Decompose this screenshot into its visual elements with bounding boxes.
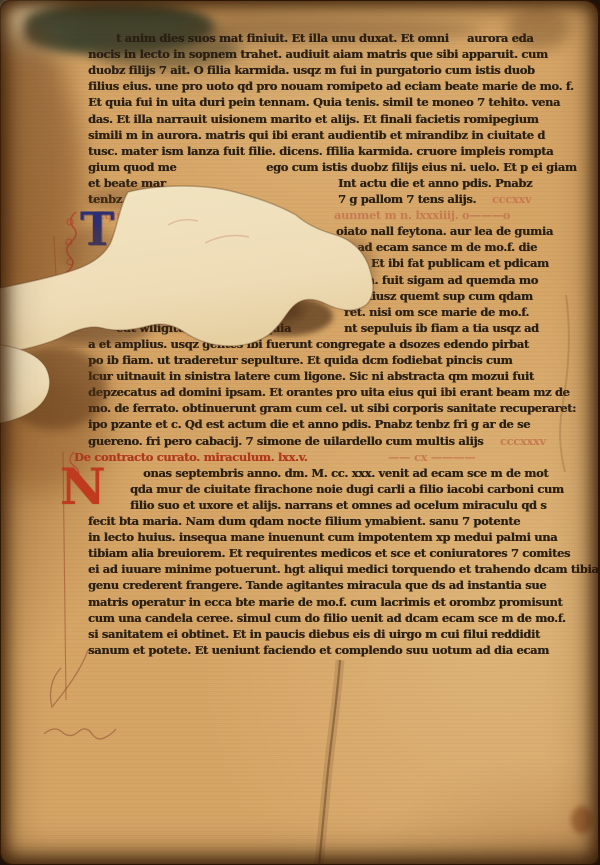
- illuminated-initial-red: N: [60, 462, 106, 512]
- text-line: a et amplius. usqz gentes ibi fuerunt co…: [88, 337, 593, 353]
- text-segment: gium quod me: [88, 160, 176, 174]
- text-line: qda mur de ciuitate firachone noie dugi …: [88, 482, 593, 498]
- text-line: lcur uitnauit in sinistra latere cum lig…: [88, 369, 593, 385]
- text-segment: Et quia fui in uita duri pein tennam. Qu…: [88, 95, 560, 109]
- text-line: xxx. Et ibi fat publicam et pdicam: [88, 256, 593, 272]
- text-line: ei ad iuuare minime potuerunt. hgt aliqu…: [88, 562, 593, 578]
- manuscript-photo: t anim dies suos mat finiuit. Et illa un…: [0, 0, 600, 865]
- text-segment: cccxxv: [492, 192, 531, 206]
- text-segment: souen. fuit sigam ad quemda mo: [338, 273, 538, 287]
- text-segment: simili m in aurora. matris qui ibi erant…: [88, 128, 545, 142]
- text-line: filius eius. une pro uoto qd pro nouam r…: [88, 79, 593, 95]
- text-segment: tusc. mater ism lanza fuit filie. dicens…: [88, 144, 553, 158]
- text-segment: si sanitatem ei obtinet. Et in paucis di…: [88, 627, 540, 641]
- text-segment: cccxxxv: [500, 434, 546, 448]
- text-line: onas septembris anno. dm. M. cc. xxx. ve…: [88, 466, 593, 482]
- text-segment: guereno. fri pero cabacij. 7 simone de u…: [88, 434, 483, 448]
- text-segment: Int actu die et anno pdis. Pnabz: [338, 176, 532, 190]
- text-segment: 7 g pallom 7 tens alijs.: [338, 192, 476, 206]
- text-segment: t anim dies suos mat finiuit. Et illa un…: [116, 31, 533, 45]
- text-line: tibiam alia breuiorem. Et requirentes me…: [88, 546, 593, 562]
- text-line: filio suo et uxore et alijs. narrans et …: [88, 498, 593, 514]
- text-segment: qda mur de ciuitate firachone noie dugi …: [130, 482, 564, 496]
- text-segment: cum una candela ceree. simul cum do fili…: [88, 611, 566, 625]
- text-line: matris operatur in ecca bte marie de mo.…: [88, 595, 593, 611]
- text-segment: ei ad iuuare minime potuerunt. hgt aliqu…: [88, 562, 599, 576]
- text-line: si sanitatem ei obtinet. Et in paucis di…: [88, 627, 593, 643]
- text-segment: ego cum istis duobz filijs eius ni. uelo…: [266, 160, 577, 174]
- text-segment: oiato nall feytona. aur lea de gumia: [336, 224, 553, 238]
- text-segment: lcur uitnauit in sinistra latere cum lig…: [88, 369, 534, 383]
- text-line: nocis in lecto in sopnem trahet. audiuit…: [88, 47, 593, 63]
- illuminated-initial-blue: T: [80, 206, 114, 252]
- text-segment: duobz filijs 7 ait. O filia karmida. usq…: [88, 63, 535, 77]
- text-segment: mouxiusz quemt sup cum qdam: [338, 289, 533, 303]
- text-line: genu crederent frangere. Tande agitantes…: [88, 578, 593, 594]
- text-segment: ret. nisi om sce marie de mo.f.: [344, 305, 529, 319]
- text-segment: filio suo et uxore et alijs. narrans et …: [130, 498, 546, 512]
- text-line: fecit bta maria. Nam dum qdam nocte fili…: [88, 514, 593, 530]
- text-segment: nt sepuluis ib fiam a tia usqz ad: [344, 321, 539, 335]
- text-segment: fecit bta maria. Nam dum qdam nocte fili…: [88, 514, 520, 528]
- text-line: De contracto curato. miraculum. lxx.v.——…: [88, 450, 593, 466]
- text-line: mo. de ferrato. obtinuerunt gram cum cel…: [88, 401, 593, 417]
- text-segment: das. Et illa narrauit uisionem marito et…: [88, 112, 538, 126]
- text-line: tenbz. fri7 g pallom 7 tens alijs.cccxxv: [88, 192, 593, 208]
- text-segment: xxx. Et ibi fat publicam et pdicam: [344, 256, 549, 270]
- text-segment: et beate mar: [88, 176, 166, 190]
- text-segment: De contracto curato. miraculum. lxx.v.: [74, 450, 307, 464]
- text-line: cut wlligitur ex sequito. quiant sepului…: [88, 321, 593, 337]
- text-line: Et quia fui in uita duri pein tennam. Qu…: [88, 95, 593, 111]
- text-segment: nocis in lecto in sopnem trahet. audiuit…: [88, 47, 548, 61]
- text-line: ws ad ecam sance m de mo.f. die: [88, 240, 593, 256]
- text-line: cum una candela ceree. simul cum do fili…: [88, 611, 593, 627]
- text-segment: aunmet m n. lxxxiiij. o———o: [334, 208, 510, 222]
- text-segment: —— cx ————: [388, 450, 475, 464]
- text-segment: a et amplius. usqz gentes ibi fuerunt co…: [88, 337, 529, 351]
- text-line: souen. fuit sigam ad quemda mo: [88, 273, 593, 289]
- text-line: guereno. fri pero cabacij. 7 simone de u…: [88, 434, 593, 450]
- text-segment: po ib fiam. ut traderetur sepulture. Et …: [88, 353, 512, 367]
- text-segment: genu crederent frangere. Tande agitantes…: [88, 578, 546, 592]
- text-line: ipo pzante et c. Qd est actum die et ann…: [88, 417, 593, 433]
- text-line: po ib fiam. ut traderetur sepulture. Et …: [88, 353, 593, 369]
- text-segment: ws ad ecam sance m de mo.f. die: [338, 240, 537, 254]
- text-segment: cut wlligitur ex sequito. quia: [116, 321, 291, 335]
- text-line: oiato nall feytona. aur lea de gumia: [88, 224, 593, 240]
- text-segment: mo. de ferrato. obtinuerunt gram cum cel…: [88, 401, 576, 415]
- text-segment: matris operatur in ecca bte marie de mo.…: [88, 595, 562, 609]
- text-line: das. Et illa narrauit uisionem marito et…: [88, 112, 593, 128]
- text-line: et beate marInt actu die et anno pdis. P…: [88, 176, 593, 192]
- text-segment: sanum et potete. Et ueniunt faciendo et …: [88, 643, 549, 657]
- text-line: gium quod meego cum istis duobz filijs e…: [88, 160, 593, 176]
- text-block: t anim dies suos mat finiuit. Et illa un…: [88, 0, 593, 700]
- text-line: in lecto huius. insequa mane inuenunt cu…: [88, 530, 593, 546]
- text-segment: filius eius. une pro uoto qd pro nouam r…: [88, 79, 574, 93]
- text-segment: ms mag ey: [188, 305, 253, 319]
- text-segment: depzecatus ad domini ipsam. Et orantes p…: [88, 385, 570, 399]
- text-line: duobz filijs 7 ait. O filia karmida. usq…: [88, 63, 593, 79]
- text-line: depzecatus ad domini ipsam. Et orantes p…: [88, 385, 593, 401]
- text-line: simili m in aurora. matris qui ibi erant…: [88, 128, 593, 144]
- text-segment: onas septembris anno. dm. M. cc. xxx. ve…: [143, 466, 548, 480]
- text-line: ms mag eyret. nisi om sce marie de mo.f.: [88, 305, 593, 321]
- text-line: sanum et potete. Et ueniunt faciendo et …: [88, 643, 593, 659]
- text-segment: tibiam alia breuiorem. Et requirentes me…: [88, 546, 570, 560]
- text-line: tusc. mater ism lanza fuit filie. dicens…: [88, 144, 593, 160]
- text-line: t anim dies suos mat finiuit. Et illa un…: [88, 31, 593, 47]
- text-segment: ipo pzante et c. Qd est actum die et ann…: [88, 417, 530, 431]
- text-segment: in lecto huius. insequa mane inuenunt cu…: [88, 530, 557, 544]
- text-line: Equimaunmet m n. lxxxiiij. o———o: [88, 208, 593, 224]
- text-line: mouxiusz quemt sup cum qdam: [88, 289, 593, 305]
